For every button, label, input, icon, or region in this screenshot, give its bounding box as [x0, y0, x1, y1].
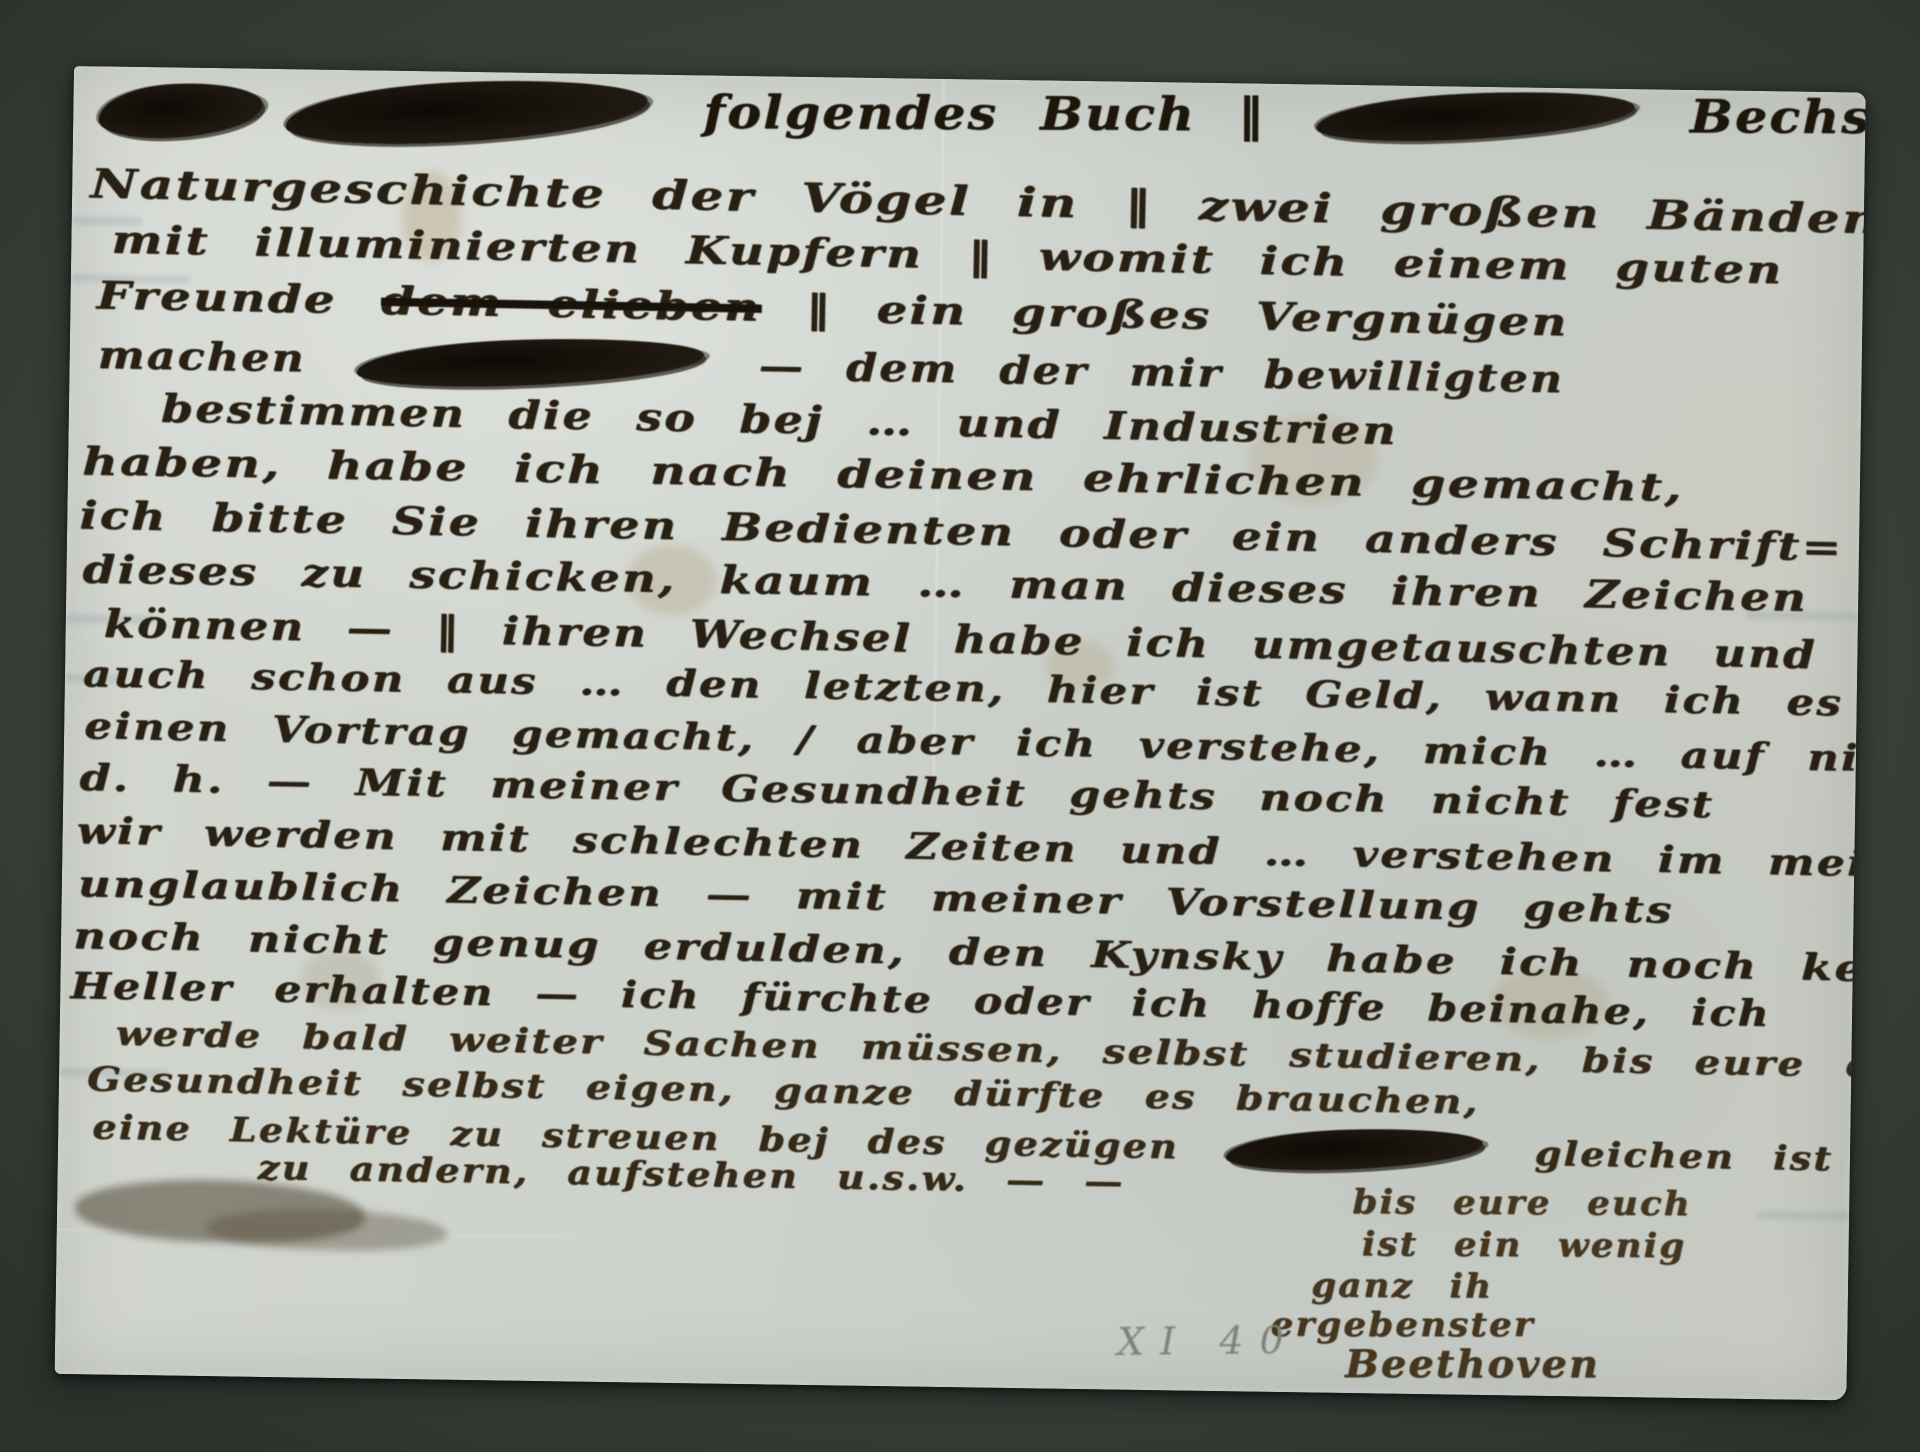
handwriting-text: Bechsteins	[1648, 89, 1866, 145]
handwriting-text: Beethoven	[1345, 1341, 1600, 1386]
letter-paper: folgendes Buch ‖ BechsteinsNaturgeschich…	[55, 66, 1866, 1400]
handwriting-text: folgendes Buch ‖	[661, 85, 1307, 142]
photo-mat: folgendes Buch ‖ BechsteinsNaturgeschich…	[0, 0, 1920, 1452]
handwriting-line: ergebenster	[1270, 1308, 1534, 1342]
ink-blot	[355, 335, 705, 391]
handwriting-text: gleichen ist nie mehr	[1496, 1133, 1866, 1184]
handwriting-line: ganz ih	[1311, 1268, 1493, 1303]
handwriting-text: ‖ ein großes Vergnügen	[761, 285, 1569, 345]
handwriting-line: Beethoven	[1345, 1345, 1600, 1383]
ink-blot	[97, 80, 265, 141]
handwriting-layer: folgendes Buch ‖ BechsteinsNaturgeschich…	[74, 66, 1866, 93]
handwriting-text: bis eure euch	[1352, 1182, 1692, 1224]
handwriting-line: folgendes Buch ‖ Bechsteins	[89, 80, 1866, 154]
ink-smudge	[206, 1208, 447, 1252]
handwriting-line: ist ein wenig	[1362, 1227, 1687, 1263]
struck-text: dem elieben	[381, 278, 762, 330]
handwriting-text: ist ein wenig	[1362, 1224, 1687, 1266]
handwriting-text: ganz ih	[1311, 1265, 1493, 1306]
handwriting-text: — dem der mir bewilligten	[717, 342, 1564, 401]
ink-blot	[284, 74, 650, 150]
handwriting-line: bis eure euch	[1352, 1185, 1692, 1221]
pencil-annotation: XI 40	[1117, 1318, 1300, 1364]
ink-blot	[1225, 1126, 1484, 1173]
showthrough-line	[1757, 1211, 1849, 1220]
handwriting-text: machen	[97, 332, 347, 381]
ink-blot	[1315, 86, 1636, 146]
handwriting-line: Freunde dem elieben ‖ ein großes Vergnüg…	[96, 276, 1569, 341]
handwriting-text: ergebenster	[1270, 1305, 1534, 1345]
handwriting-text: Freunde	[96, 272, 381, 322]
